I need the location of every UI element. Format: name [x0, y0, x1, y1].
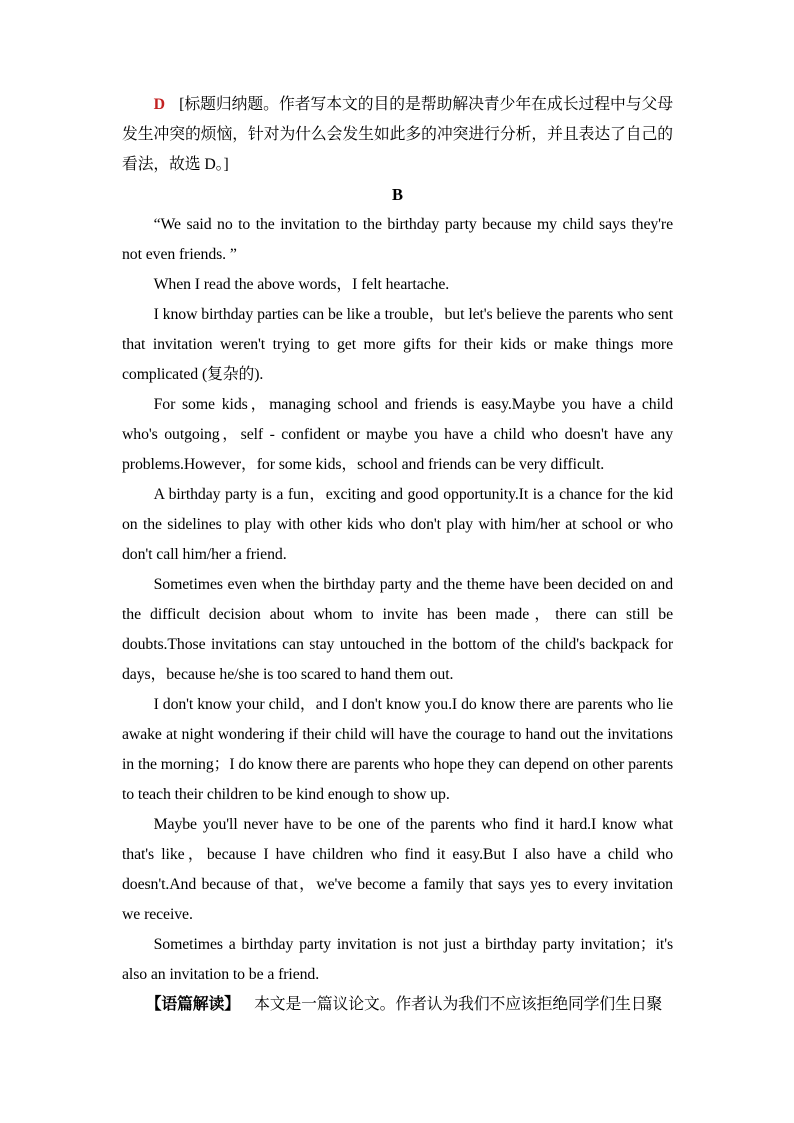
passage-paragraph: I don't know your child，and I don't know…	[122, 690, 673, 810]
passage-paragraph: Sometimes a birthday party invitation is…	[122, 930, 673, 990]
passage-paragraph: Sometimes even when the birthday party a…	[122, 570, 673, 690]
answer-letter: D	[154, 96, 165, 113]
passage-paragraph: “We said no to the invitation to the bir…	[122, 210, 673, 270]
passage-paragraph: For some kids，managing school and friend…	[122, 390, 673, 480]
section-heading: B	[122, 180, 673, 210]
passage-paragraph: When I read the above words，I felt heart…	[122, 270, 673, 300]
analysis-text: 本文是一篇议论文。作者认为我们不应该拒绝同学们生日聚	[254, 996, 662, 1013]
document-page: D[标题归纳题。作者写本文的目的是帮助解决青少年在成长过程中与父母发生冲突的烦恼…	[0, 0, 794, 1123]
answer-explanation: D[标题归纳题。作者写本文的目的是帮助解决青少年在成长过程中与父母发生冲突的烦恼…	[122, 90, 673, 180]
reading-passage: “We said no to the invitation to the bir…	[122, 210, 673, 990]
answer-explanation-text: [标题归纳题。作者写本文的目的是帮助解决青少年在成长过程中与父母发生冲突的烦恼，…	[122, 96, 673, 173]
passage-paragraph: Maybe you'll never have to be one of the…	[122, 810, 673, 930]
passage-paragraph: A birthday party is a fun，exciting and g…	[122, 480, 673, 570]
passage-analysis: 【语篇解读】本文是一篇议论文。作者认为我们不应该拒绝同学们生日聚	[122, 990, 673, 1020]
analysis-label: 【语篇解读】	[146, 996, 240, 1013]
passage-paragraph: I know birthday parties can be like a tr…	[122, 300, 673, 390]
page-content: D[标题归纳题。作者写本文的目的是帮助解决青少年在成长过程中与父母发生冲突的烦恼…	[122, 90, 673, 1020]
